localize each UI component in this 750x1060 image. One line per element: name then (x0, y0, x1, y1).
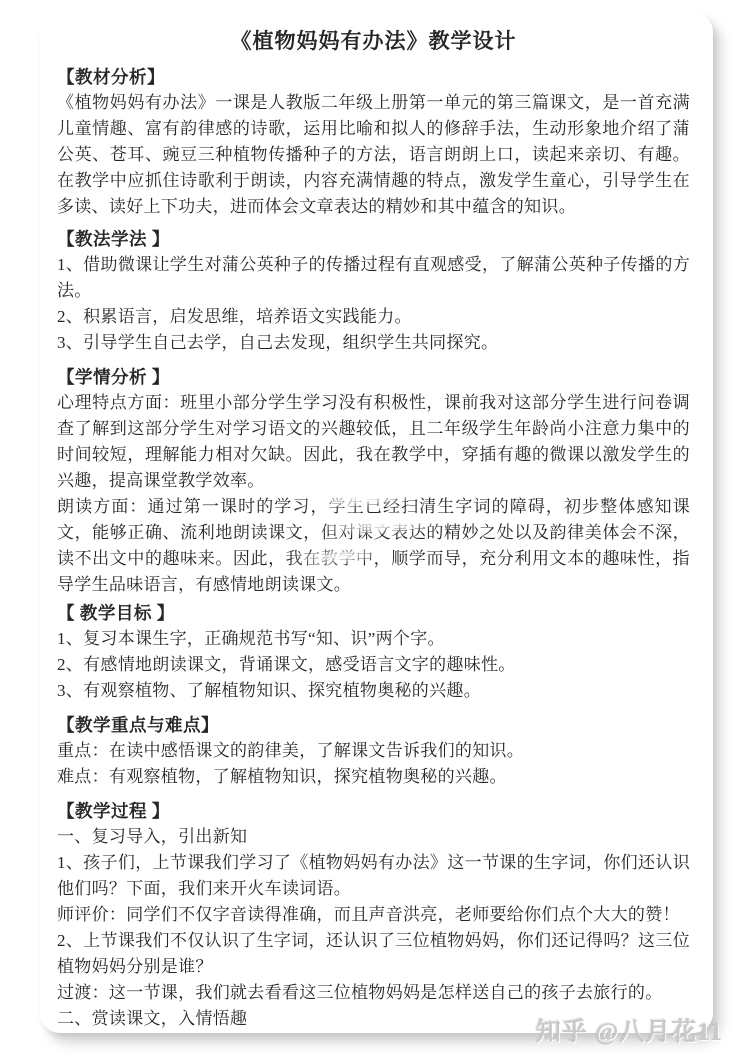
paragraph: 2、上节课我们不仅认识了生字词，还认识了三位植物妈妈，你们还记得吗？这三位植物妈… (57, 928, 690, 980)
paragraph: 心理特点方面：班里小部分学生学习没有积极性，课前我对这部分学生进行问卷调查了解到… (57, 390, 690, 494)
paragraph: 一、复习导入，引出新知 (57, 824, 690, 850)
paragraph: 3、引导学生自己去学，自己去发现，组织学生共同探究。 (57, 330, 690, 356)
section-heading-learner-analysis: 【学情分析 】 (57, 364, 690, 390)
section-heading-key-points-difficulties: 【教学重点与难点】 (57, 712, 690, 738)
paragraph: 重点：在读中感悟课文的韵律美，了解课文告诉我们的知识。 (57, 738, 690, 764)
page-title: 《植物妈妈有办法》教学设计 (57, 26, 690, 56)
paragraph: 1、复习本课生字，正确规范书写“知、识”两个字。 (57, 626, 690, 652)
section-textbook-analysis: 【教材分析】 《植物妈妈有办法》一课是人教版二年级上册第一单元的第三篇课文，是一… (57, 64, 690, 220)
section-teaching-process: 【教学过程 】 一、复习导入，引出新知 1、孩子们，上节课我们学习了《植物妈妈有… (57, 798, 690, 1032)
document-page: 《植物妈妈有办法》教学设计 【教材分析】 《植物妈妈有办法》一课是人教版二年级上… (40, 12, 713, 1033)
paragraph: 师评价：同学们不仅字音读得准确，而且声音洪亮，老师要给你们点个大大的赞！ (57, 902, 690, 928)
paragraph: 《植物妈妈有办法》一课是人教版二年级上册第一单元的第三篇课文，是一首充满儿童情趣… (57, 90, 690, 220)
paragraph: 难点：有观察植物，了解植物知识，探究植物奥秘的兴趣。 (57, 764, 690, 790)
section-heading-textbook-analysis: 【教材分析】 (57, 64, 690, 90)
section-teaching-methods: 【教法学法 】 1、借助微课让学生对蒲公英种子的传播过程有直观感受，了解蒲公英种… (57, 226, 690, 356)
paragraph: 朗读方面：通过第一课时的学习，学生已经扫清生字词的障碍，初步整体感知课文，能够正… (57, 494, 690, 598)
section-heading-teaching-process: 【教学过程 】 (57, 798, 690, 824)
paragraph: 3、有观察植物、了解植物知识、探究植物奥秘的兴趣。 (57, 678, 690, 704)
paragraph: 2、积累语言，启发思维，培养语文实践能力。 (57, 304, 690, 330)
section-heading-teaching-methods: 【教法学法 】 (57, 226, 690, 252)
section-heading-teaching-objectives: 【 教学目标 】 (57, 600, 690, 626)
paragraph: 2、有感情地朗读课文，背诵课文，感受语言文字的趣味性。 (57, 652, 690, 678)
paragraph: 过渡：这一节课，我们就去看看这三位植物妈妈是怎样送自己的孩子去旅行的。 (57, 980, 690, 1006)
paragraph: 1、借助微课让学生对蒲公英种子的传播过程有直观感受，了解蒲公英种子传播的方法。 (57, 252, 690, 304)
zhihu-author-watermark: 知乎 @八月花11 (536, 1012, 723, 1048)
section-learner-analysis: 【学情分析 】 心理特点方面：班里小部分学生学习没有积极性，课前我对这部分学生进… (57, 364, 690, 598)
paragraph: 1、孩子们，上节课我们学习了《植物妈妈有办法》这一节课的生字词，你们还认识他们吗… (57, 850, 690, 902)
section-key-points-difficulties: 【教学重点与难点】 重点：在读中感悟课文的韵律美，了解课文告诉我们的知识。 难点… (57, 712, 690, 790)
section-teaching-objectives: 【 教学目标 】 1、复习本课生字，正确规范书写“知、识”两个字。 2、有感情地… (57, 600, 690, 704)
